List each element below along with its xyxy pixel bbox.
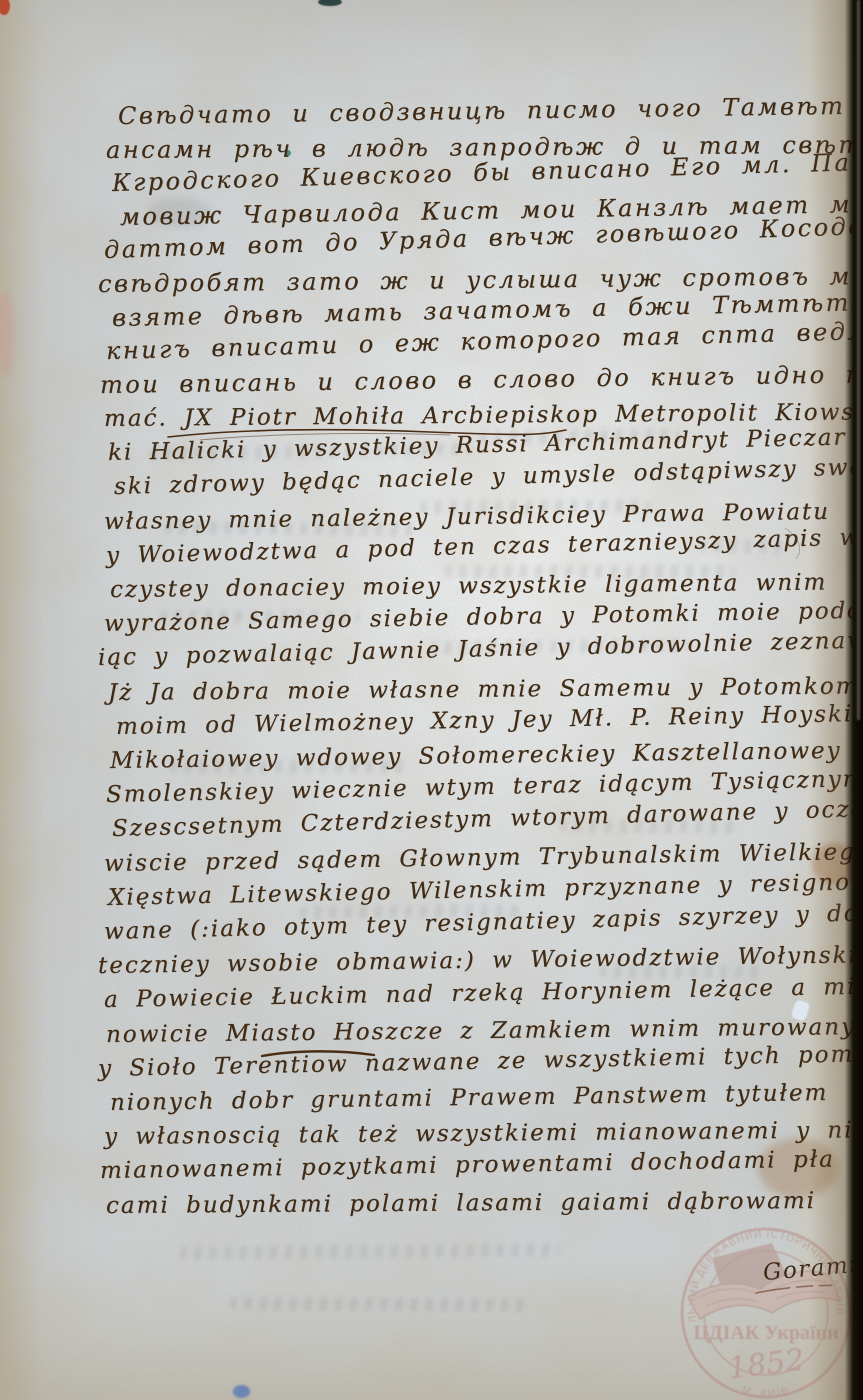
manuscript-line: Свѣдчато и сводзвницѣ писмо чого Тамвѣт … <box>118 88 863 130</box>
manuscript-line: moim od Wielmożney Xzny Jey Mł. P. Reiny… <box>116 700 863 739</box>
manuscript-line: y Sioło Terentiow nazwane ze wszystkiemi… <box>98 1041 863 1082</box>
manuscript-line: czystey donaciey moiey wszystkie ligamen… <box>110 569 828 603</box>
manuscript-line: nionych dobr gruntami Prawem Panstwem ty… <box>110 1080 829 1116</box>
manuscript-line: mianowanemi pozytkami prowentami dochoda… <box>100 1147 835 1185</box>
handwritten-text-block: Свѣдчато и сводзвницѣ писмо чого Тамвѣт … <box>0 0 863 1400</box>
manuscript-line: y własnoscią tak też wszystkiemi mianowa… <box>104 1118 863 1151</box>
manuscript-line: Jż Ja dobra moie własne mnie Samemu y Po… <box>108 673 860 706</box>
manuscript-scan: Свѣдчато и сводзвницѣ писмо чого Тамвѣт … <box>0 0 863 1400</box>
manuscript-line: nowicie Miasto Hoszcze z Zamkiem wnim mu… <box>106 1013 863 1047</box>
manuscript-line: teczniey wsobie obmawia:) w Woiewodztwie… <box>98 942 863 979</box>
manuscript-line: тои вписань и слово в слово до книгъ идн… <box>100 357 863 399</box>
manuscript-line: a Powiecie Łuckim nad rzeką Horyniem leż… <box>104 974 863 1013</box>
manuscript-line: cami budynkami polami lasami gaiami dąbr… <box>106 1188 816 1219</box>
